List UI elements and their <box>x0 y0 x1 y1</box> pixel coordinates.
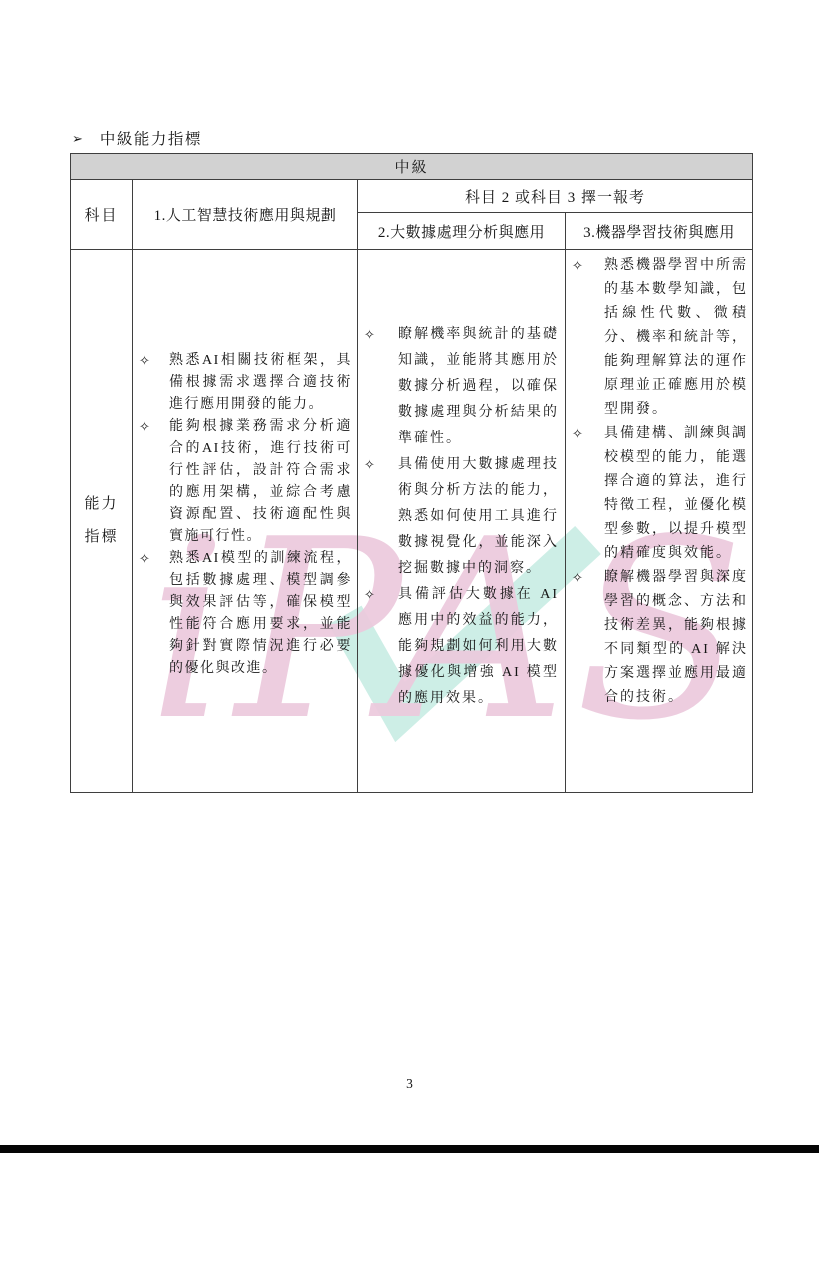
diamond-bullet-icon: ✧ <box>139 350 150 372</box>
diamond-bullet-icon: ✧ <box>572 254 583 278</box>
indicator-item-text: 能夠根據業務需求分析適合的AI技術，進行技術可行性評估，設計符合需求的應用架構，… <box>169 416 352 548</box>
level-header-cell: 中級 <box>71 154 753 180</box>
capability-table-wrapper: 中級 科目 1.人工智慧技術應用與規劃 科目 2 或科目 3 擇一報考 2.大數… <box>70 153 753 793</box>
indicator-item-text: 熟悉AI模型的訓練流程，包括數據處理、模型調參與效果評估等，確保模型性能符合應用… <box>169 548 352 680</box>
indicator-label-line1: 能力 <box>84 496 118 512</box>
choose-one-header-cell: 科目 2 或科目 3 擇一報考 <box>358 180 753 213</box>
diamond-bullet-icon: ✧ <box>364 582 375 608</box>
indicator-col3-cell: ✧ 熟悉機器學習中所需的基本數學知識，包括線性代數、微積分、機率和統計等，能夠理… <box>566 250 753 793</box>
diamond-bullet-icon: ✧ <box>572 422 583 446</box>
indicator-col1-cell: ✧ 熟悉AI相關技術框架，具備根據需求選擇合適技術進行應用開發的能力。 ✧ 能夠… <box>133 250 358 793</box>
subject-3-cell: 3.機器學習技術與應用 <box>566 213 753 250</box>
footer-bar <box>0 1145 819 1153</box>
indicator-item: ✧ 熟悉AI相關技術框架，具備根據需求選擇合適技術進行應用開發的能力。 <box>133 350 352 416</box>
indicator-label-line2: 指標 <box>84 529 118 545</box>
indicator-item-text: 瞭解機率與統計的基礎知識，並能將其應用於數據分析過程，以確保數據處理與分析結果的… <box>398 322 559 452</box>
indicator-item: ✧ 熟悉機器學習中所需的基本數學知識，包括線性代數、微積分、機率和統計等，能夠理… <box>566 254 748 422</box>
indicator-item-text: 瞭解機器學習與深度學習的概念、方法和技術差異，能夠根據不同類型的 AI 解決方案… <box>604 566 748 710</box>
section-heading: ➢ 中級能力指標 <box>72 127 202 149</box>
indicator-item: ✧ 具備使用大數據處理技術與分析方法的能力，熟悉如何使用工具進行數據視覺化，並能… <box>358 452 559 582</box>
indicator-item: ✧ 能夠根據業務需求分析適合的AI技術，進行技術可行性評估，設計符合需求的應用架… <box>133 416 352 548</box>
indicator-col2-cell: ✧ 瞭解機率與統計的基礎知識，並能將其應用於數據分析過程，以確保數據處理與分析結… <box>358 250 566 793</box>
arrow-bullet-icon: ➢ <box>72 132 83 145</box>
indicator-item-text: 具備使用大數據處理技術與分析方法的能力，熟悉如何使用工具進行數據視覺化，並能深入… <box>398 452 559 582</box>
diamond-bullet-icon: ✧ <box>364 322 375 348</box>
section-heading-label: 中級能力指標 <box>100 127 202 149</box>
indicator-item-text: 熟悉AI相關技術框架，具備根據需求選擇合適技術進行應用開發的能力。 <box>169 350 352 416</box>
subject-2-cell: 2.大數據處理分析與應用 <box>358 213 566 250</box>
capability-table: 中級 科目 1.人工智慧技術應用與規劃 科目 2 或科目 3 擇一報考 2.大數… <box>70 153 753 793</box>
indicator-item: ✧ 具備評估大數據在 AI 應用中的效益的能力，能夠規劃如何利用大數據優化與增強… <box>358 582 559 712</box>
diamond-bullet-icon: ✧ <box>139 416 150 438</box>
indicator-item-text: 具備評估大數據在 AI 應用中的效益的能力，能夠規劃如何利用大數據優化與增強 A… <box>398 582 559 712</box>
diamond-bullet-icon: ✧ <box>364 452 375 478</box>
diamond-bullet-icon: ✧ <box>139 548 150 570</box>
indicator-label-cell: 能力 指標 <box>71 250 133 793</box>
indicator-item-text: 具備建構、訓練與調校模型的能力，能選擇合適的算法，進行特徵工程，並優化模型參數，… <box>604 422 748 566</box>
subject-row-label-cell: 科目 <box>71 180 133 250</box>
indicator-item: ✧ 瞭解機器學習與深度學習的概念、方法和技術差異，能夠根據不同類型的 AI 解決… <box>566 566 748 710</box>
indicator-item: ✧ 瞭解機率與統計的基礎知識，並能將其應用於數據分析過程，以確保數據處理與分析結… <box>358 322 559 452</box>
indicator-item: ✧ 熟悉AI模型的訓練流程，包括數據處理、模型調參與效果評估等，確保模型性能符合… <box>133 548 352 680</box>
document-page: { "page": { "heading_bullet": "➢", "head… <box>0 0 819 1280</box>
indicator-item-text: 熟悉機器學習中所需的基本數學知識，包括線性代數、微積分、機率和統計等，能夠理解算… <box>604 254 748 422</box>
page-number: 3 <box>0 1076 819 1092</box>
diamond-bullet-icon: ✧ <box>572 566 583 590</box>
subject-1-cell: 1.人工智慧技術應用與規劃 <box>133 180 358 250</box>
indicator-item: ✧ 具備建構、訓練與調校模型的能力，能選擇合適的算法，進行特徵工程，並優化模型參… <box>566 422 748 566</box>
